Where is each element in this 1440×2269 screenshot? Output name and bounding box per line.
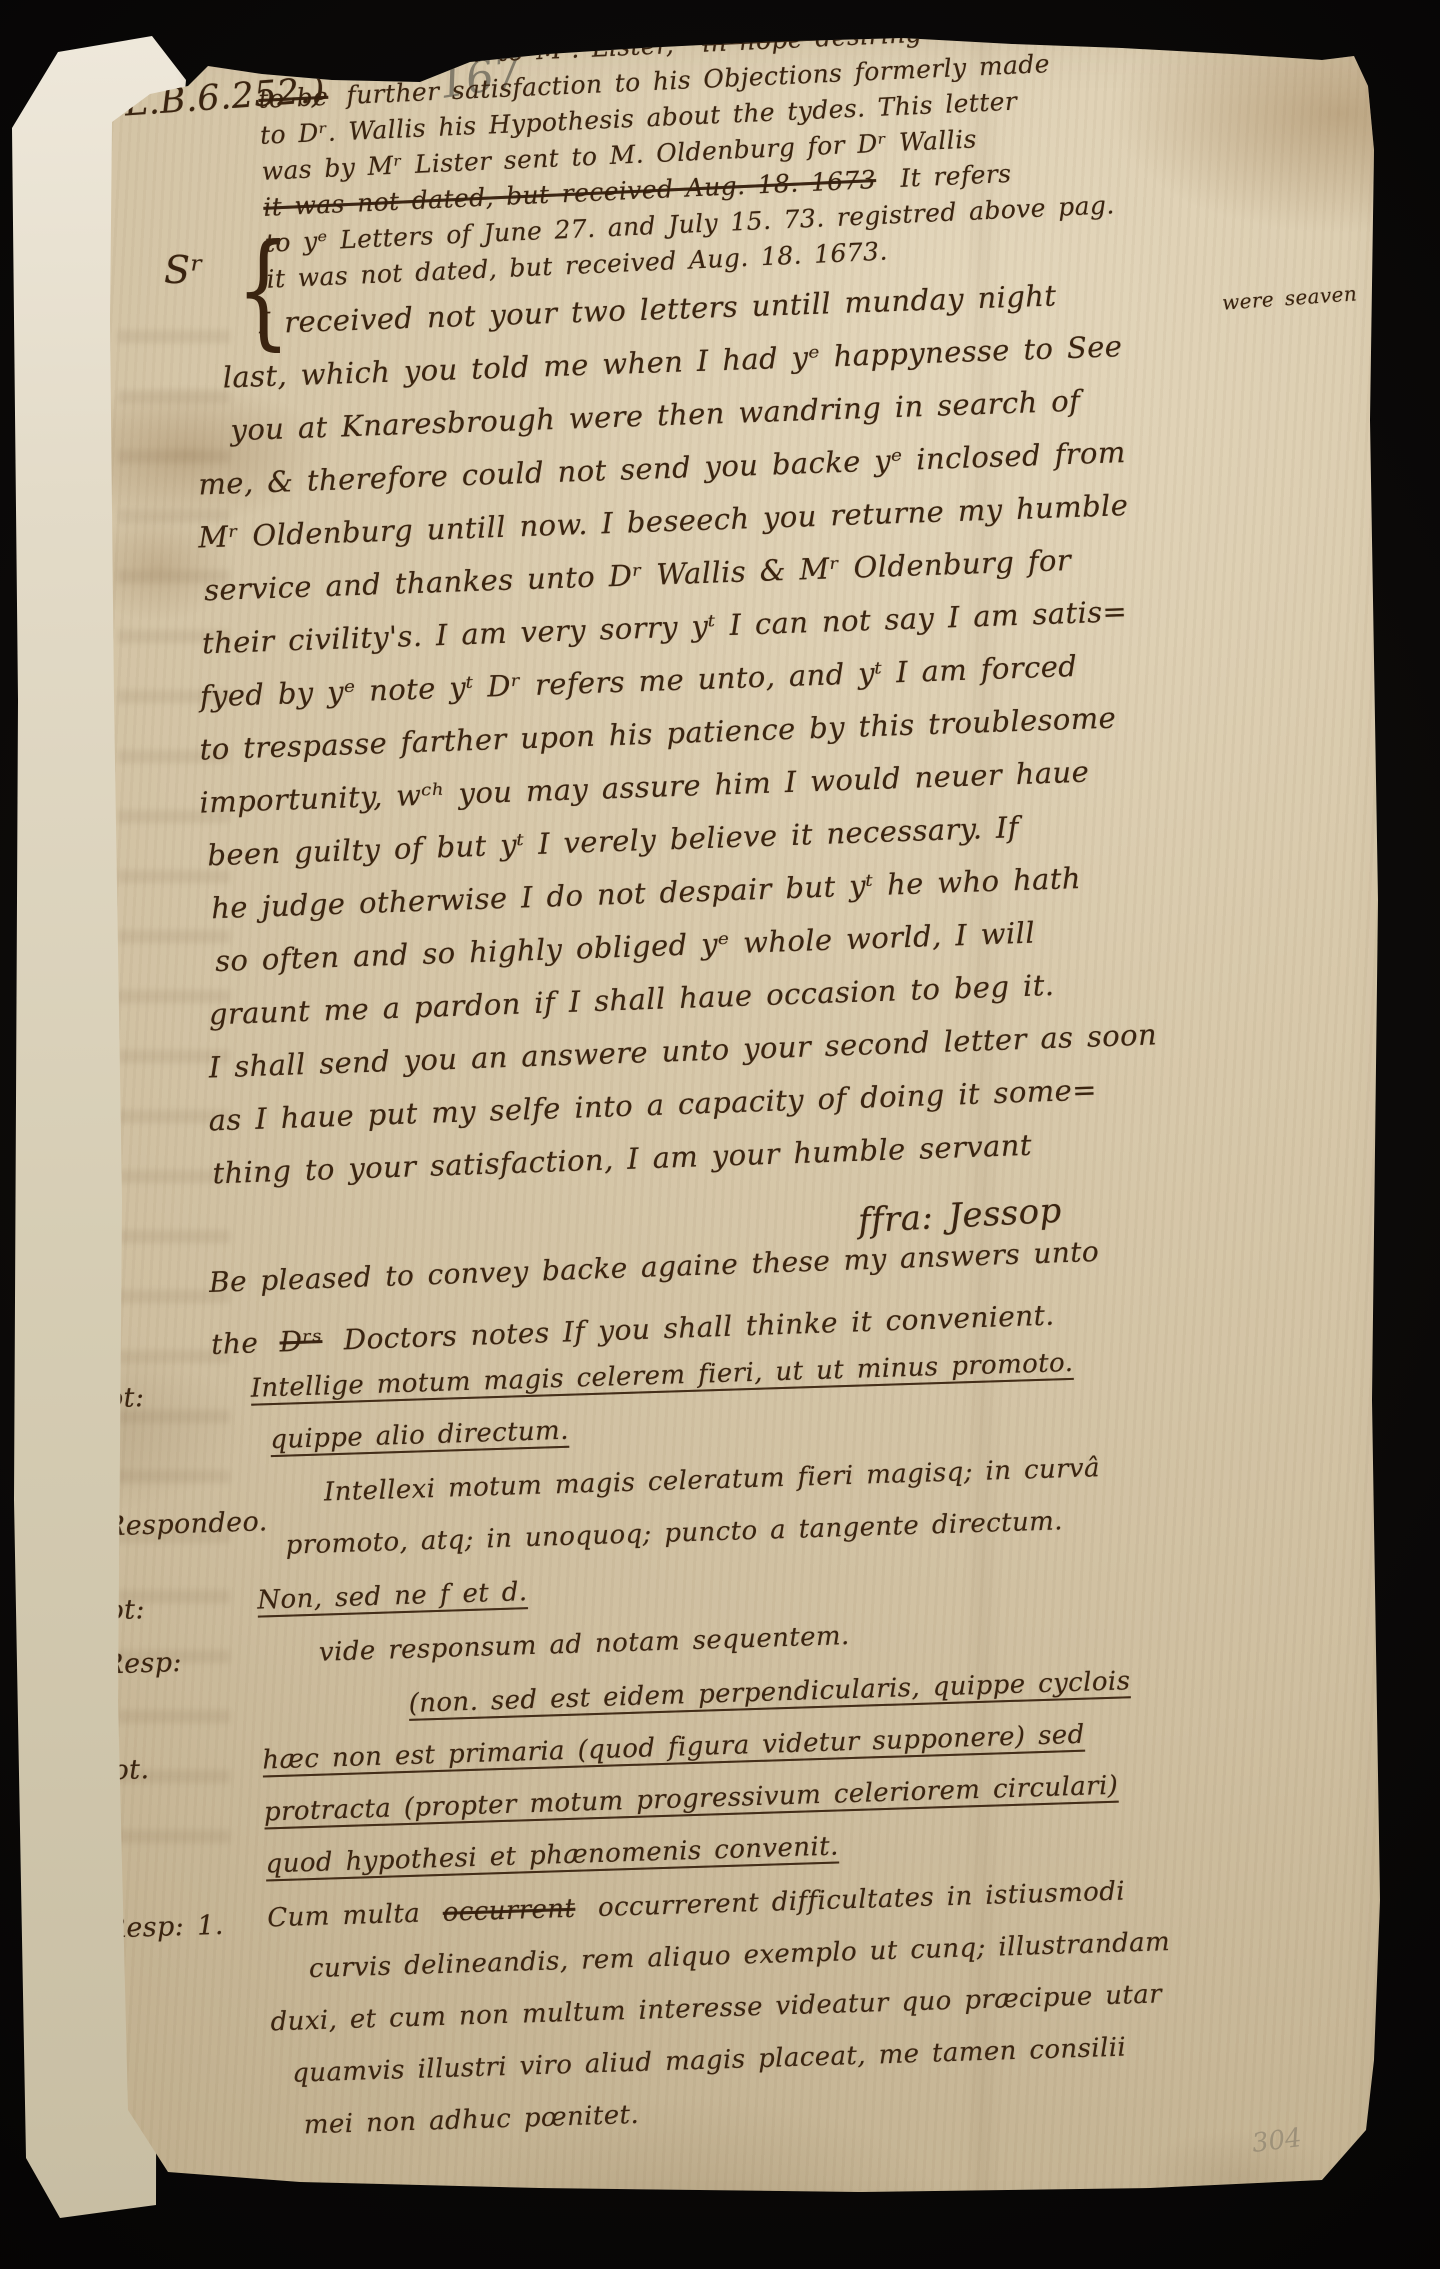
- note-line-text: quod hypothesi et phænomenis convenit.: [265, 1831, 839, 1879]
- postscript-line2-deleted-text: Dʳˢ: [279, 1324, 323, 1358]
- note-line-text: vide responsum ad notam sequentem.: [319, 1621, 850, 1668]
- header-line1-interlinear-insert: desiring: [895, 0, 979, 38]
- letter-body: I received not your two letters untill m…: [180, 256, 1440, 1200]
- note-row: not. (non. sed est eidem perpendicularis…: [92, 1645, 1440, 1895]
- header-line5-text: It refers: [900, 159, 1012, 193]
- manuscript-page: 167 Entᵈ— L.B.6.252.) Mʳ Jessops letter …: [0, 0, 1440, 2269]
- header-line1-deleted-text: in hope desiring: [702, 19, 923, 58]
- salutation: Sʳ: [164, 248, 204, 292]
- note-line-rest-text: occurrerent difficultates in istiusmodi: [597, 1877, 1125, 1924]
- latin-notes-exchange: Not: Intellige motum magis celerem fieri…: [82, 1326, 1440, 2160]
- note-line-text: mei non adhuc pœnitet.: [303, 2100, 639, 2141]
- note-line-text: Non, sed ne f et d.: [257, 1577, 528, 1615]
- photographic-backdrop: 167 Entᵈ— L.B.6.252.) Mʳ Jessops letter …: [0, 0, 1440, 2269]
- header-line2-deleted-text: to be: [258, 82, 329, 114]
- note-line-text: quippe alio directum.: [270, 1416, 569, 1455]
- pencil-page-number: 304: [1250, 2123, 1303, 2159]
- note-row: Resp: 1. Cum multa occurrent occurrerent…: [99, 1855, 1440, 2157]
- note-line-deleted-text: occurrent: [442, 1894, 575, 1928]
- note-line-text: Cum multa: [267, 1899, 421, 1934]
- postscript-line2-text: the: [211, 1326, 259, 1361]
- archivist-header-note: Mʳ Jessops letter to Mʳ. Lister, in hope…: [256, 0, 1440, 298]
- note-label: Respondeo.: [104, 1496, 268, 1553]
